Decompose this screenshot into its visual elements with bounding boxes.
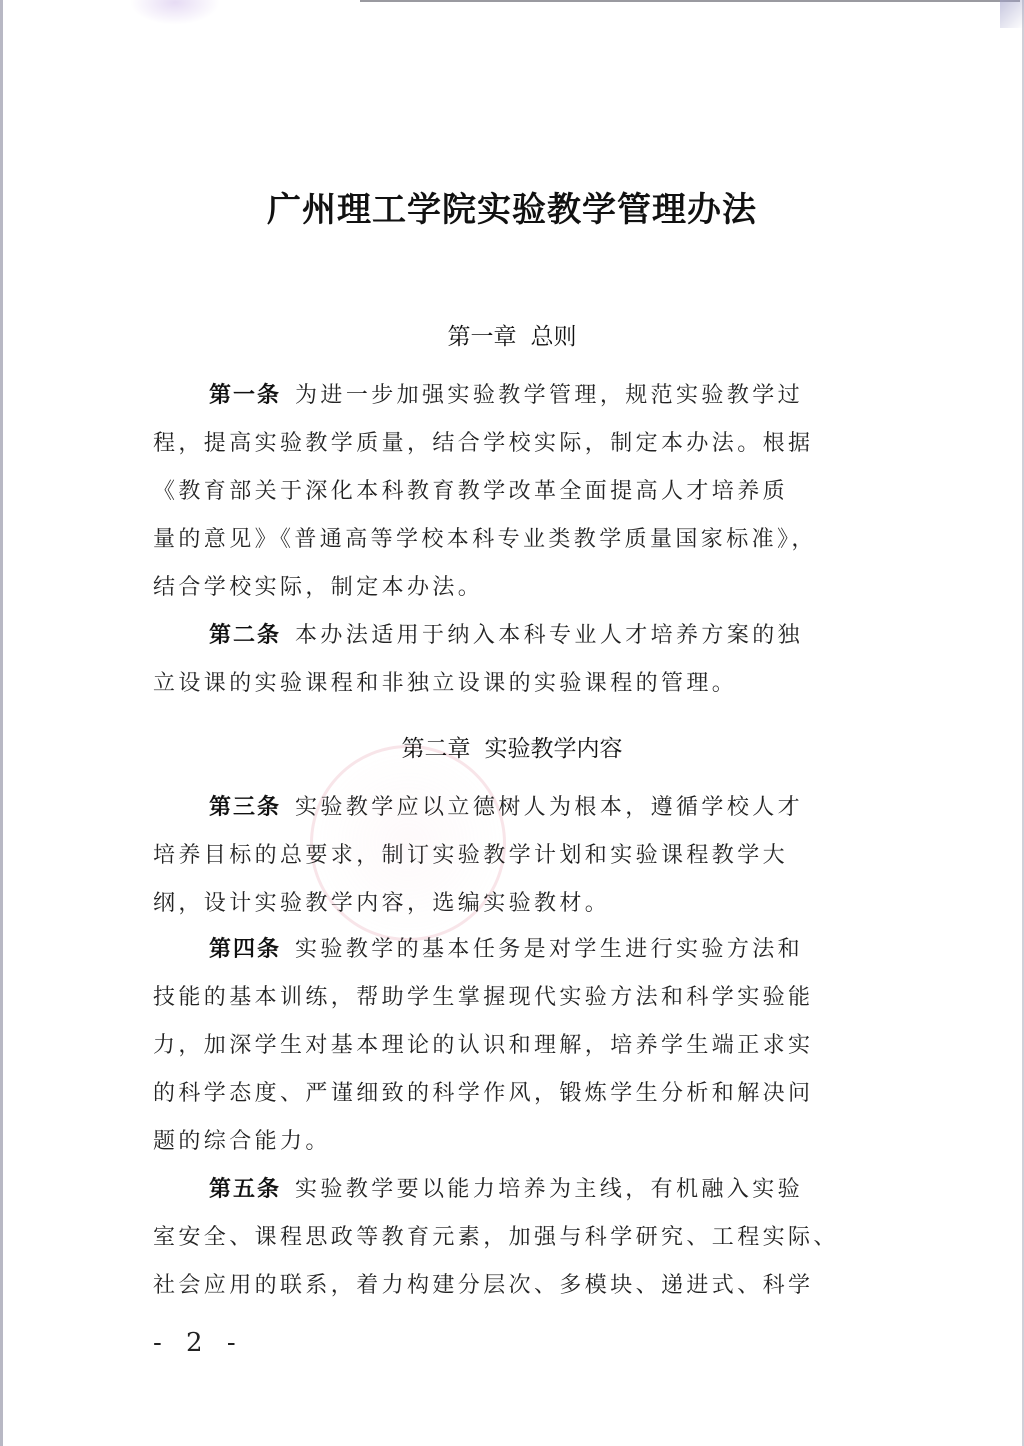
article-text-line: 为进一步加强实验教学管理，规范实验教学过 <box>295 383 803 408</box>
article-text-line: 程，提高实验教学质量，结合学校实际，制定本办法。根据 <box>153 420 868 468</box>
article-text-line: 实验教学要以能力培养为主线，有机融入实验 <box>295 1177 803 1202</box>
chapter-number: 第一章 <box>448 324 517 350</box>
article-3: 第三条实验教学应以立德树人为根本，遵循学校人才 培养目标的总要求，制订实验教学计… <box>153 784 868 928</box>
chapter-name: 总则 <box>531 324 577 350</box>
article-text-line: 实验教学应以立德树人为根本，遵循学校人才 <box>295 795 803 820</box>
page-number: - 2 - <box>153 1328 244 1358</box>
article-label: 第三条 <box>209 795 281 820</box>
article-label: 第二条 <box>209 623 281 648</box>
article-text-line: 技能的基本训练，帮助学生掌握现代实验方法和科学实验能 <box>153 974 868 1022</box>
article-text-line: 力，加深学生对基本理论的认识和理解，培养学生端正求实 <box>153 1022 868 1070</box>
chapter-name: 实验教学内容 <box>485 736 623 762</box>
chapter-heading-1: 第一章总则 <box>0 318 1024 351</box>
article-label: 第五条 <box>209 1177 281 1202</box>
article-4: 第四条实验教学的基本任务是对学生进行实验方法和 技能的基本训练，帮助学生掌握现代… <box>153 926 868 1166</box>
article-label: 第四条 <box>209 937 281 962</box>
article-text-line: 实验教学的基本任务是对学生进行实验方法和 <box>295 937 803 962</box>
article-5: 第五条实验教学要以能力培养为主线，有机融入实验 室安全、课程思政等教育元素，加强… <box>153 1166 868 1310</box>
scan-smudge <box>1000 0 1024 28</box>
scan-smudge <box>130 0 220 25</box>
article-text-line: 结合学校实际，制定本办法。 <box>153 564 868 612</box>
article-text-line: 立设课的实验课程和非独立设课的实验课程的管理。 <box>153 660 868 708</box>
article-text-line: 社会应用的联系，着力构建分层次、多模块、递进式、科学 <box>153 1262 868 1310</box>
chapter-heading-2: 第二章实验教学内容 <box>0 730 1024 763</box>
article-text-line: 题的综合能力。 <box>153 1118 868 1166</box>
article-1: 第一条为进一步加强实验教学管理，规范实验教学过 程，提高实验教学质量，结合学校实… <box>153 372 868 612</box>
article-text-line: 《教育部关于深化本科教育教学改革全面提高人才培养质 <box>153 468 868 516</box>
article-text-line: 量的意见》《普通高等学校本科专业类教学质量国家标准》， <box>153 516 868 564</box>
article-text-line: 纲，设计实验教学内容，选编实验教材。 <box>153 880 868 928</box>
chapter-number: 第二章 <box>402 736 471 762</box>
scan-top-edge <box>360 0 1020 2</box>
article-text-line: 培养目标的总要求，制订实验教学计划和实验课程教学大 <box>153 832 868 880</box>
article-text-line: 室安全、课程思政等教育元素，加强与科学研究、工程实际、 <box>153 1214 868 1262</box>
article-label: 第一条 <box>209 383 281 408</box>
article-text-line: 的科学态度、严谨细致的科学作风，锻炼学生分析和解决问 <box>153 1070 868 1118</box>
document-title: 广州理工学院实验教学管理办法 <box>0 182 1024 231</box>
article-2: 第二条本办法适用于纳入本科专业人才培养方案的独 立设课的实验课程和非独立设课的实… <box>153 612 868 708</box>
article-text-line: 本办法适用于纳入本科专业人才培养方案的独 <box>295 623 803 648</box>
